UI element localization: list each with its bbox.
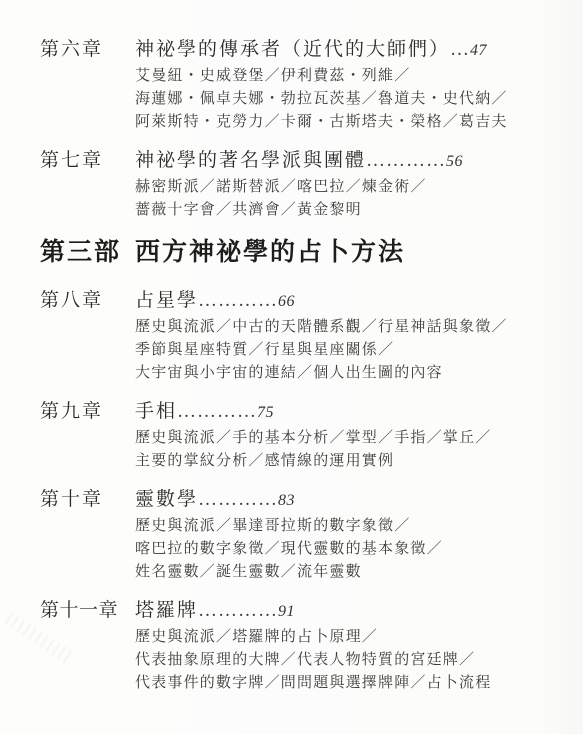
page-number: 66 bbox=[278, 293, 295, 310]
chapter-subtopics: 歷史與流派／手的基本分析／掌型／手指／掌丘／ 主要的掌紋分析／感情線的運用實例 bbox=[135, 427, 553, 473]
chapter-heading: 第七章 神祕學的著名學派與團體…………56 bbox=[40, 149, 553, 174]
chapter-number: 第十章 bbox=[40, 488, 135, 512]
chapter-heading: 第十一章 塔羅牌…………91 bbox=[40, 599, 553, 624]
chapter-number: 第八章 bbox=[40, 289, 135, 313]
toc-entry-chapter-7: 第七章 神祕學的著名學派與團體…………56 赫密斯派／諾斯替派／喀巴拉／煉金術／… bbox=[40, 149, 553, 222]
toc-entry-chapter-6: 第六章 神祕學的傳承者（近代的大師們）…47 艾曼紐・史威登堡／伊利費茲・列維／… bbox=[40, 38, 553, 134]
subtopic-line: 艾曼紐・史威登堡／伊利費茲・列維／ bbox=[135, 65, 553, 88]
subtopic-line: 阿萊斯特・克勞力／卡爾・古斯塔夫・榮格／葛吉夫 bbox=[135, 111, 553, 134]
dot-leader: ………… bbox=[198, 290, 278, 311]
chapter-title: 靈數學…………83 bbox=[135, 488, 295, 513]
dot-leader: ………… bbox=[177, 401, 257, 422]
chapter-number: 第六章 bbox=[40, 38, 135, 62]
toc-entry-chapter-10: 第十章 靈數學…………83 歷史與流派／畢達哥拉斯的數字象徵／ 喀巴拉的數字象徵… bbox=[40, 488, 553, 584]
chapter-title: 塔羅牌…………91 bbox=[135, 599, 295, 624]
subtopic-line: 代表事件的數字牌／問問題與選擇牌陣／占卜流程 bbox=[135, 672, 553, 695]
chapter-heading: 第八章 占星學…………66 bbox=[40, 289, 553, 314]
page-number: 83 bbox=[278, 492, 295, 509]
subtopic-line: 代表抽象原理的大牌／代表人物特質的宮廷牌／ bbox=[135, 649, 553, 672]
dot-leader: ………… bbox=[366, 150, 446, 171]
page-number: 91 bbox=[278, 603, 295, 620]
part-heading: 第三部 西方神祕學的占卜方法 bbox=[40, 237, 553, 267]
subtopic-line: 赫密斯派／諾斯替派／喀巴拉／煉金術／ bbox=[135, 176, 553, 199]
chapter-number: 第七章 bbox=[40, 149, 135, 173]
dot-leader: ………… bbox=[198, 489, 278, 510]
chapter-heading: 第十章 靈數學…………83 bbox=[40, 488, 553, 513]
chapter-title: 占星學…………66 bbox=[135, 289, 295, 314]
chapter-title: 神祕學的傳承者（近代的大師們）…47 bbox=[135, 38, 487, 63]
chapter-title: 手相…………75 bbox=[135, 400, 274, 425]
scanned-toc-page: 第六章 神祕學的傳承者（近代的大師們）…47 艾曼紐・史威登堡／伊利費茲・列維／… bbox=[0, 0, 583, 734]
chapter-subtopics: 歷史與流派／畢達哥拉斯的數字象徵／ 喀巴拉的數字象徵／現代靈數的基本象徵／ 姓名… bbox=[135, 515, 553, 584]
page-number: 47 bbox=[470, 42, 487, 59]
part-number: 第三部 bbox=[40, 237, 121, 267]
subtopic-line: 大宇宙與小宇宙的連結／個人出生圖的內容 bbox=[135, 362, 553, 385]
subtopic-line: 歷史與流派／手的基本分析／掌型／手指／掌丘／ bbox=[135, 427, 553, 450]
subtopic-line: 季節與星座特質／行星與星座關係／ bbox=[135, 339, 553, 362]
toc-entry-chapter-9: 第九章 手相…………75 歷史與流派／手的基本分析／掌型／手指／掌丘／ 主要的掌… bbox=[40, 400, 553, 473]
toc-entry-chapter-8: 第八章 占星學…………66 歷史與流派／中古的天階體系觀／行星神話與象徵／ 季節… bbox=[40, 289, 553, 385]
toc-entry-chapter-11: 第十一章 塔羅牌…………91 歷史與流派／塔羅牌的占卜原理／ 代表抽象原理的大牌… bbox=[40, 599, 553, 695]
page-number: 56 bbox=[446, 153, 463, 170]
chapter-subtopics: 歷史與流派／塔羅牌的占卜原理／ 代表抽象原理的大牌／代表人物特質的宮廷牌／ 代表… bbox=[135, 626, 553, 695]
subtopic-line: 主要的掌紋分析／感情線的運用實例 bbox=[135, 450, 553, 473]
chapter-heading: 第九章 手相…………75 bbox=[40, 400, 553, 425]
subtopic-line: 姓名靈數／誕生靈數／流年靈數 bbox=[135, 561, 553, 584]
chapter-subtopics: 歷史與流派／中古的天階體系觀／行星神話與象徵／ 季節與星座特質／行星與星座關係／… bbox=[135, 316, 553, 385]
chapter-number: 第十一章 bbox=[40, 599, 135, 623]
subtopic-line: 歷史與流派／中古的天階體系觀／行星神話與象徵／ bbox=[135, 316, 553, 339]
chapter-number: 第九章 bbox=[40, 400, 135, 424]
subtopic-line: 歷史與流派／塔羅牌的占卜原理／ bbox=[135, 626, 553, 649]
chapter-title: 神祕學的著名學派與團體…………56 bbox=[135, 149, 463, 174]
chapter-heading: 第六章 神祕學的傳承者（近代的大師們）…47 bbox=[40, 38, 553, 63]
dot-leader: ………… bbox=[198, 600, 278, 621]
subtopic-line: 薔薇十字會／共濟會／黃金黎明 bbox=[135, 199, 553, 222]
chapter-subtopics: 赫密斯派／諾斯替派／喀巴拉／煉金術／ 薔薇十字會／共濟會／黃金黎明 bbox=[135, 176, 553, 222]
part-title: 西方神祕學的占卜方法 bbox=[135, 237, 405, 267]
subtopic-line: 喀巴拉的數字象徵／現代靈數的基本象徵／ bbox=[135, 538, 553, 561]
page-number: 75 bbox=[257, 404, 274, 421]
chapter-subtopics: 艾曼紐・史威登堡／伊利費茲・列維／ 海蓮娜・佩卓夫娜・勃拉瓦茨基／魯道夫・史代納… bbox=[135, 65, 553, 134]
subtopic-line: 歷史與流派／畢達哥拉斯的數字象徵／ bbox=[135, 515, 553, 538]
dot-leader: … bbox=[450, 39, 470, 60]
subtopic-line: 海蓮娜・佩卓夫娜・勃拉瓦茨基／魯道夫・史代納／ bbox=[135, 88, 553, 111]
